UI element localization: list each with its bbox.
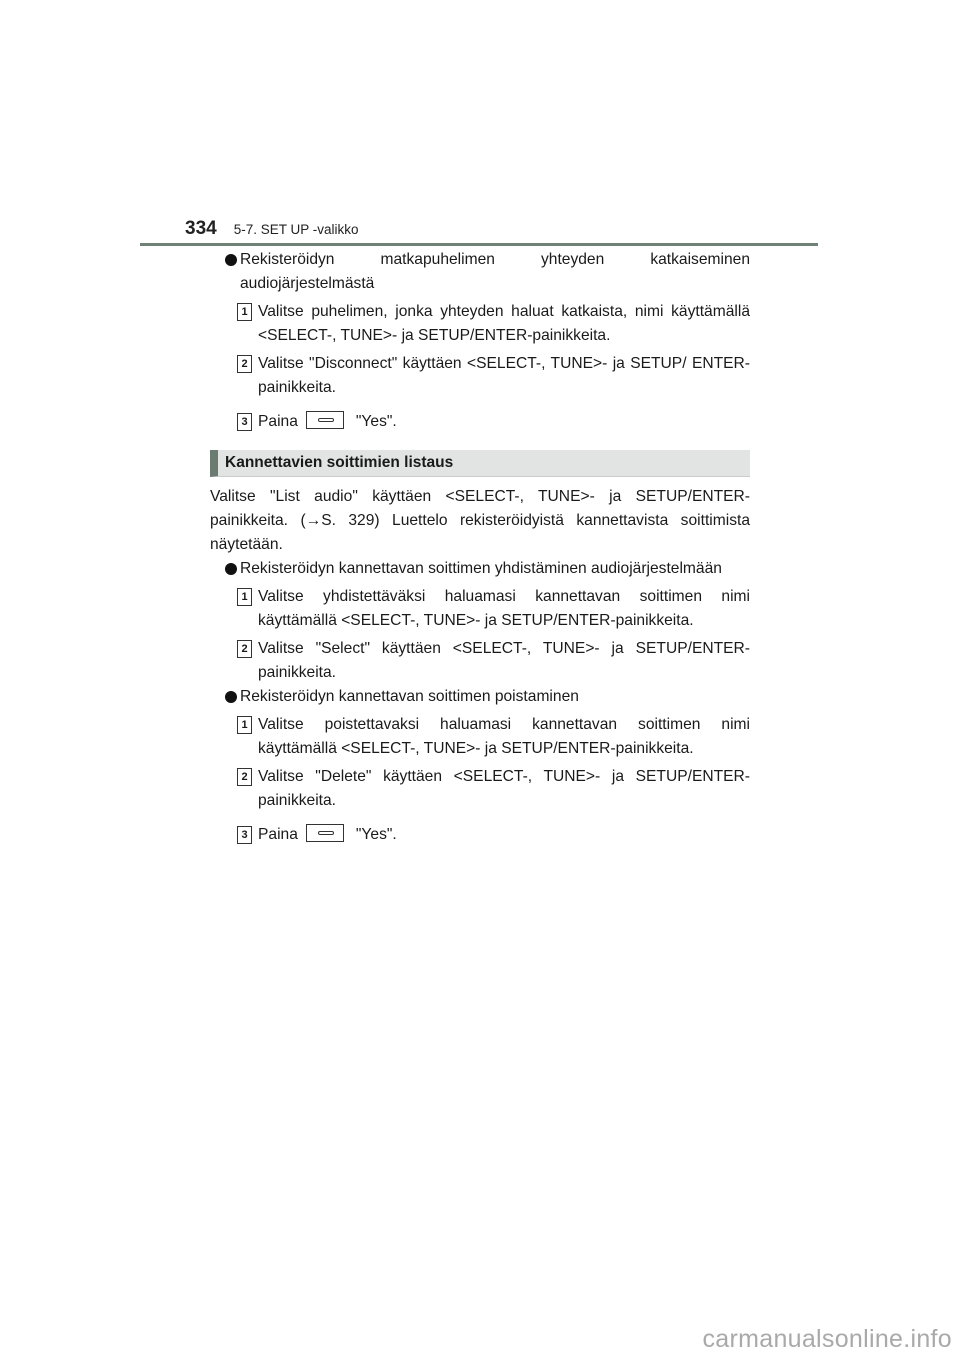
bullet-icon	[225, 691, 237, 703]
step-item: 1 Valitse poistettavaksi haluamasi kanne…	[210, 713, 750, 761]
step-text: Valitse "Disconnect" käyttäen <SELECT-, …	[258, 355, 750, 396]
step-number-icon: 3	[237, 826, 252, 844]
bullet-icon	[225, 563, 237, 575]
step-number-icon: 1	[237, 588, 252, 606]
step-item: 2 Valitse "Delete" käyttäen <SELECT-, TU…	[210, 765, 750, 813]
step-text: "Yes".	[356, 826, 397, 843]
chapter-title: 5-7. SET UP -valikko	[234, 222, 359, 237]
step-item: 2 Valitse "Select" käyttäen <SELECT-, TU…	[210, 637, 750, 685]
step-item: 3 Paina"Yes".	[210, 410, 750, 434]
page-content: Rekisteröidyn matkapuhelimen yhteyden ka…	[210, 248, 750, 847]
header-divider	[140, 243, 818, 246]
phone-hangup-button-icon	[306, 824, 344, 842]
step-text: Valitse puhelimen, jonka yhteyden haluat…	[258, 303, 750, 344]
page-header: 334 5-7. SET UP -valikko	[185, 218, 359, 242]
intro-paragraph: Valitse "List audio" käyttäen <SELECT-, …	[210, 485, 750, 557]
step-item: 1 Valitse puhelimen, jonka yhteyden halu…	[210, 300, 750, 348]
step-text: Valitse poistettavaksi haluamasi kannett…	[258, 716, 750, 757]
step-text: Paina	[258, 826, 298, 843]
step-number-icon: 2	[237, 768, 252, 786]
step-text: Valitse "Select" käyttäen <SELECT-, TUNE…	[258, 640, 750, 681]
step-number-icon: 1	[237, 303, 252, 321]
page-number: 334	[185, 218, 217, 240]
bullet-text: Rekisteröidyn kannettavan soittimen yhdi…	[240, 557, 750, 581]
step-text: Valitse "Delete" käyttäen <SELECT-, TUNE…	[258, 768, 750, 809]
step-number-icon: 3	[237, 413, 252, 431]
bullet-text: Rekisteröidyn kannettavan soittimen pois…	[240, 685, 750, 709]
bullet-item: Rekisteröidyn kannettavan soittimen yhdi…	[210, 557, 750, 581]
step-number-icon: 2	[237, 640, 252, 658]
phone-hangup-button-icon	[306, 411, 344, 429]
step-item: 3 Paina"Yes".	[210, 823, 750, 847]
step-text: Paina	[258, 413, 298, 430]
watermark: carmanualsonline.info	[702, 1325, 952, 1354]
step-number-icon: 1	[237, 716, 252, 734]
bullet-text: Rekisteröidyn matkapuhelimen yhteyden ka…	[240, 248, 750, 296]
bullet-item: Rekisteröidyn matkapuhelimen yhteyden ka…	[210, 248, 750, 296]
bullet-item: Rekisteröidyn kannettavan soittimen pois…	[210, 685, 750, 709]
step-item: 2 Valitse "Disconnect" käyttäen <SELECT-…	[210, 352, 750, 400]
step-text: Valitse yhdistettäväksi haluamasi kannet…	[258, 588, 750, 629]
step-item: 1 Valitse yhdistettäväksi haluamasi kann…	[210, 585, 750, 633]
bullet-icon	[225, 254, 237, 266]
step-number-icon: 2	[237, 355, 252, 373]
step-text: "Yes".	[356, 413, 397, 430]
section-heading: Kannettavien soittimien listaus	[210, 450, 750, 477]
